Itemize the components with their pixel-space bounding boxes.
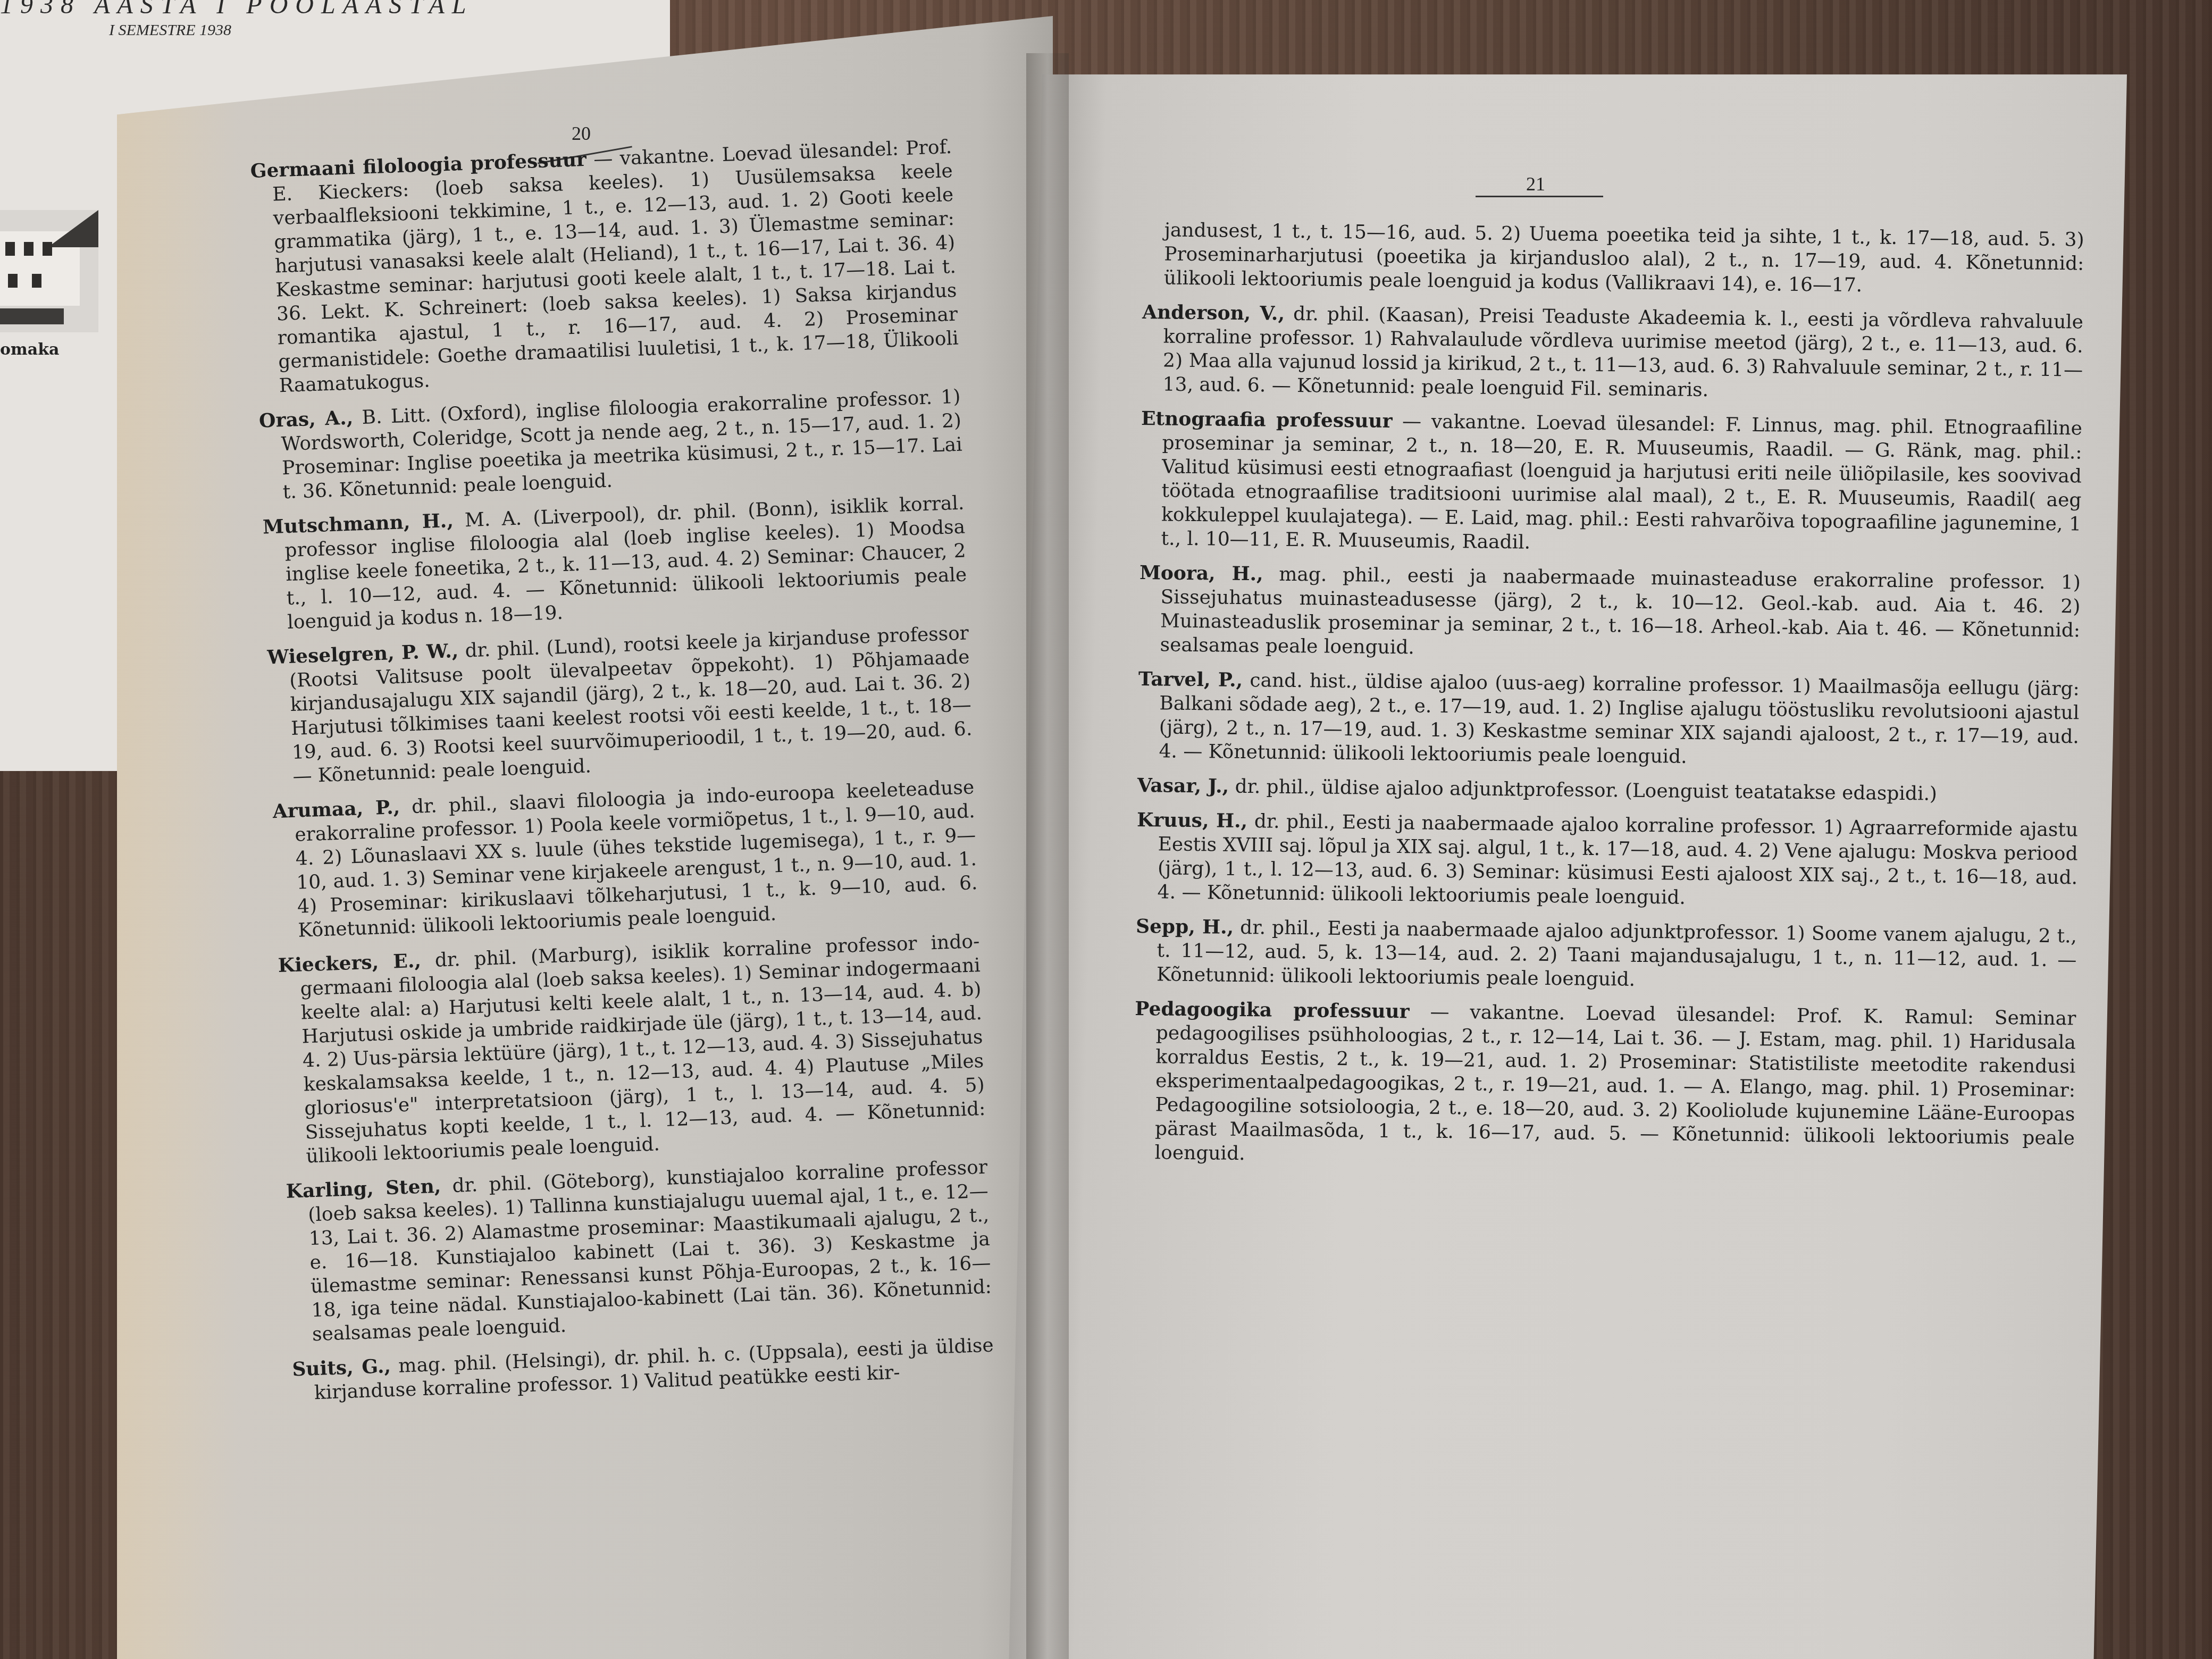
entry-heading: Suits, G., — [292, 1355, 391, 1380]
house-window — [24, 242, 33, 256]
catalog-entry: Oras, A., B. Litt. (Oxford), inglise fil… — [258, 385, 963, 505]
entry-body: dr. phil. (Kaasan), Preisi Teaduste Akad… — [1163, 303, 2084, 401]
page-edge-shade — [117, 16, 239, 1659]
catalog-entry: Suits, G., mag. phil. (Helsingi), dr. ph… — [292, 1334, 995, 1406]
left-page-text: Germaani filoloogia professuur — vakantn… — [250, 135, 995, 1417]
entry-heading: Wieselgren, P. W., — [267, 640, 459, 669]
entry-body: mag. phil. (Helsingi), dr. phil. h. c. (… — [314, 1335, 994, 1404]
entry-heading: Kieckers, E., — [278, 950, 421, 977]
house-window — [5, 242, 15, 256]
house-foundation — [0, 308, 64, 324]
entry-body: cand. hist., üldise ajaloo (uus-aeg) kor… — [1159, 669, 2080, 768]
entry-body: mag. phil., eesti ja naabermaade muinast… — [1160, 564, 2081, 659]
book-gutter — [1026, 53, 1069, 1659]
entry-body: — vakantne. Loevad ülesandel: F. Linnus,… — [1161, 410, 2082, 554]
catalog-entry: Tarvel, P., cand. hist., üldise ajaloo (… — [1137, 667, 2080, 773]
right-page-text: jandusest, 1 t., t. 15—16, aud. 5. 2) Uu… — [1133, 218, 2084, 1185]
catalog-entry: Etnograafia professuur — vakantne. Loeva… — [1139, 407, 2082, 560]
house-window — [8, 274, 18, 288]
catalog-entry: Wieselgren, P. W., dr. phil. (Lund), roo… — [267, 621, 974, 789]
entry-body: — vakantne. Loevad ülesandel: Prof. K. R… — [1154, 1001, 2076, 1164]
catalog-entry: Kruus, H., dr. phil., Eesti ja naabermaa… — [1136, 808, 2078, 914]
background-sheet-subtitle: I SEMESTRE 1938 — [109, 21, 231, 39]
house-window — [43, 242, 52, 256]
catalog-entry: Kieckers, E., dr. phil. (Marburg), isikl… — [278, 929, 986, 1169]
entry-body: dr. phil., üldise ajaloo adjunktprofesso… — [1235, 776, 1937, 805]
entry-heading: Arumaa, P., — [272, 796, 400, 823]
entry-body: dr. phil., Eesti ja naabermaade ajaloo a… — [1157, 917, 2077, 991]
catalog-entry: Karling, Sten, dr. phil. (Göteborg), kun… — [286, 1155, 993, 1347]
catalog-entry: Mutschmann, H., M. A. (Liverpool), dr. p… — [262, 491, 968, 635]
catalog-entry: Moora, H., mag. phil., eesti ja naaberma… — [1138, 561, 2081, 667]
entry-body: dr. phil., Eesti ja naabermaade ajaloo k… — [1158, 810, 2079, 908]
entry-heading: Moora, H., — [1139, 562, 1263, 585]
catalog-entry: Arumaa, P., dr. phil., slaavi filoloogia… — [272, 775, 979, 943]
left-page-number: 20 — [572, 122, 591, 145]
house-roof — [48, 210, 98, 247]
background-sheet-title: 1938 AASTA I POOLAASTAL — [0, 0, 473, 20]
entry-heading: Sepp, H., — [1136, 915, 1234, 939]
house-photo — [0, 210, 98, 332]
entry-heading: Karling, Sten, — [286, 1175, 441, 1203]
background-sheet-caption: omaka — [0, 340, 59, 359]
entry-heading: Pedagoogika professuur — [1135, 998, 1410, 1023]
entry-heading: Tarvel, P., — [1138, 668, 1243, 691]
catalog-entry: Sepp, H., dr. phil., Eesti ja naabermaad… — [1135, 915, 2077, 996]
continued-entry: jandusest, 1 t., t. 15—16, aud. 5. 2) Uu… — [1143, 218, 2084, 300]
entry-heading: Mutschmann, H., — [262, 509, 454, 538]
catalog-entry: Vasar, J., dr. phil., üldise ajaloo adju… — [1137, 774, 2079, 808]
house-window — [32, 274, 41, 288]
entry-body: B. Litt. (Oxford), inglise filoloogia er… — [281, 386, 962, 504]
entry-heading: Etnograafia professuur — [1141, 407, 1393, 432]
entry-heading: Kruus, H., — [1137, 809, 1248, 832]
right-page-number: 21 — [1526, 173, 1545, 195]
entry-heading: Oras, A., — [258, 407, 353, 432]
entry-heading: Anderson, V., — [1142, 301, 1285, 325]
catalog-entry: Anderson, V., dr. phil. (Kaasan), Preisi… — [1141, 300, 2083, 406]
entry-heading: Vasar, J., — [1137, 774, 1229, 798]
right-page-number-rule — [1476, 196, 1603, 197]
catalog-entry: Germaani filoloogia professuur — vakantn… — [250, 135, 960, 399]
catalog-entry: Pedagoogika professuur — vakantne. Loeva… — [1133, 997, 2076, 1175]
